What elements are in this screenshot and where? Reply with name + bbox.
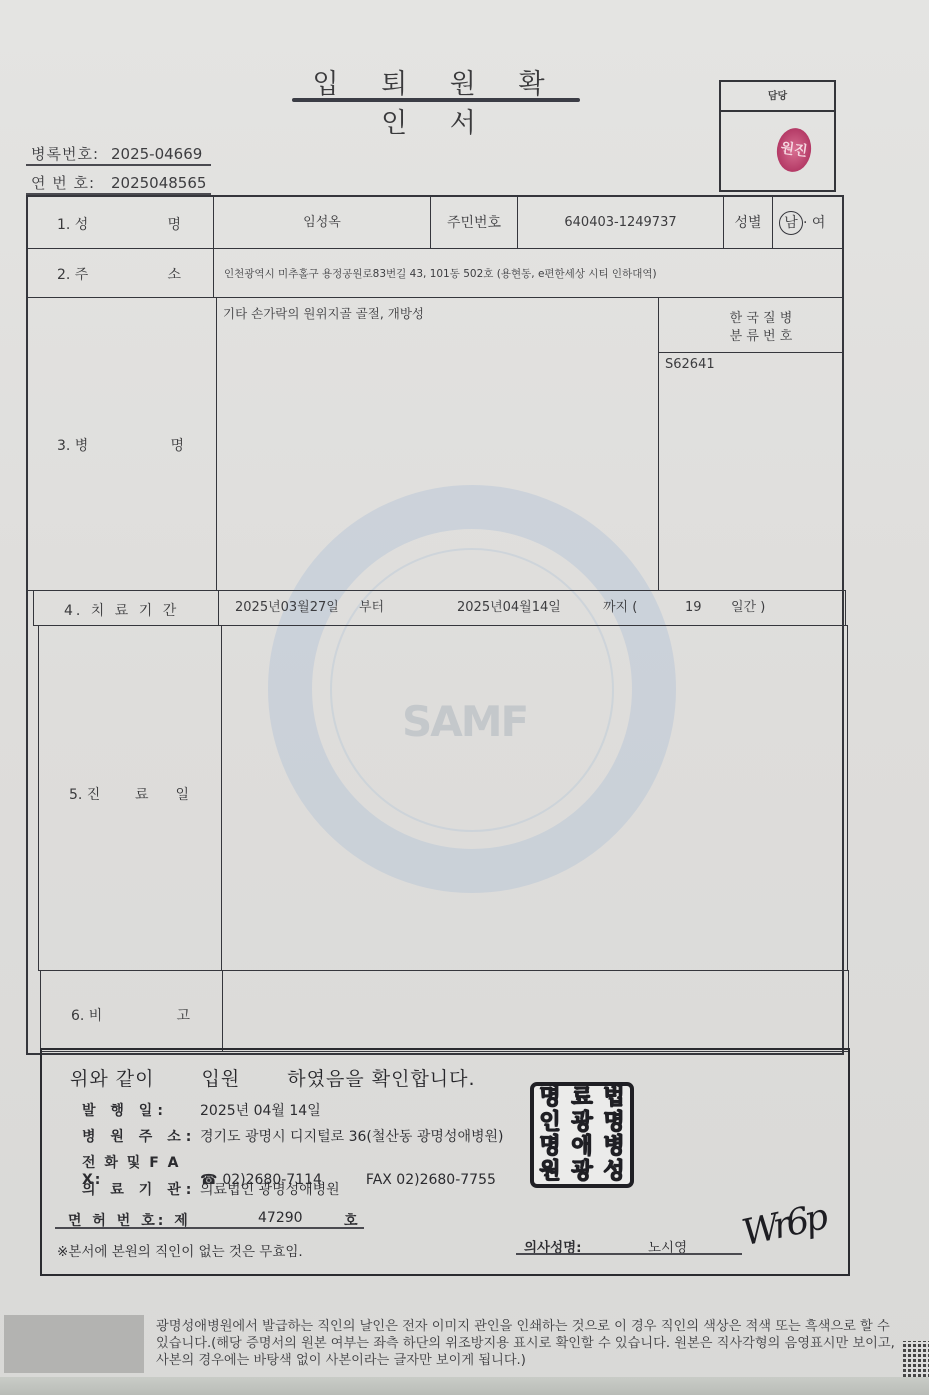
label-visit-dates: 5. 진 료 일 [38,625,222,971]
anti-forgery-mark [4,1315,144,1373]
until-label: 까지 ( [603,591,637,624]
address: 인천광역시 미추홀구 용정공원로83번길 43, 101동 502호 (용현동,… [213,248,844,298]
qr-code-pattern [903,1341,929,1377]
remarks [222,970,849,1052]
gender-label: 성별 [723,195,773,249]
gender-field: 남· 여 [772,195,844,249]
gender-male-circled: 남 [779,211,803,235]
label-name: 1. 성 명 [26,195,214,249]
divider [516,1253,742,1255]
resident-id: 640403-1249737 [517,195,724,249]
issue-date: 2025년 04월 14일 [200,1103,321,1119]
hospital-address-row: 병 원 주 소:경기도 광명시 디지털로 36(철산동 광명성애병원) [82,1126,504,1146]
days-label: 일간 ) [731,591,765,624]
institution-name: 의료법인 광명성애병원 [200,1182,340,1198]
label-address: 2. 주 소 [26,248,214,298]
fax-number: FAX 02)2680-7755 [366,1172,496,1188]
authenticity-notice: 광명성애병원에서 발급하는 직인의 날인은 전자 이미지 관인을 인쇄하는 것으… [156,1318,929,1369]
hospital-official-seal: 명 료 법 인 광 명 명 애 병 원 광 성 [530,1082,634,1188]
treatment-days: 19 [685,591,702,624]
issue-date-row: 발 행 일:2025년 04월 14일 [82,1100,321,1120]
desk-surface [0,1377,929,1395]
treatment-end: 2025년04월14일 [457,591,561,624]
kcd-label: 한 국 질 병 분 류 번 호 [658,297,844,353]
treatment-period: 2025년03월27일 부터 2025년04월14일 까지 ( 19 일간 ) [218,590,846,626]
invalid-notice: ※본서에 본원의 직인이 없는 것은 무효임. [57,1240,303,1260]
label-remarks: 6. 비 고 [40,970,223,1052]
treatment-start: 2025년03월27일 [235,591,339,624]
hospital-address: 경기도 광명시 디지털로 36(철산동 광명성애병원) [200,1129,504,1145]
document-page: 입 퇴 원 확 인 서 병록번호:2025-04669 연 번 호:202504… [0,0,929,1395]
institution-row: 의 료 기 관:의료법인 광명성애병원 [82,1179,340,1199]
confirmation-statement: 위와 같이 입원 하였음을 확인합니다. [70,1064,476,1091]
from-label: 부터 [359,591,384,624]
divider [55,1227,364,1229]
license-number: 47290 [258,1210,303,1226]
info-table: 1. 성 명 임성옥 주민번호 640403-1249737 성별 남· 여 2… [0,0,929,1060]
patient-name: 임성옥 [213,195,431,249]
diagnosis: 기타 손가락의 원위지골 골절, 개방성 [216,297,659,591]
gender-female: 여 [812,215,826,231]
visit-dates [221,625,848,971]
kcd-code: S62641 [658,352,844,591]
resident-id-label: 주민번호 [430,195,518,249]
label-diagnosis: 3. 병 명 [26,297,217,591]
label-treatment-period: 4. 치 료 기 간 [33,590,219,626]
